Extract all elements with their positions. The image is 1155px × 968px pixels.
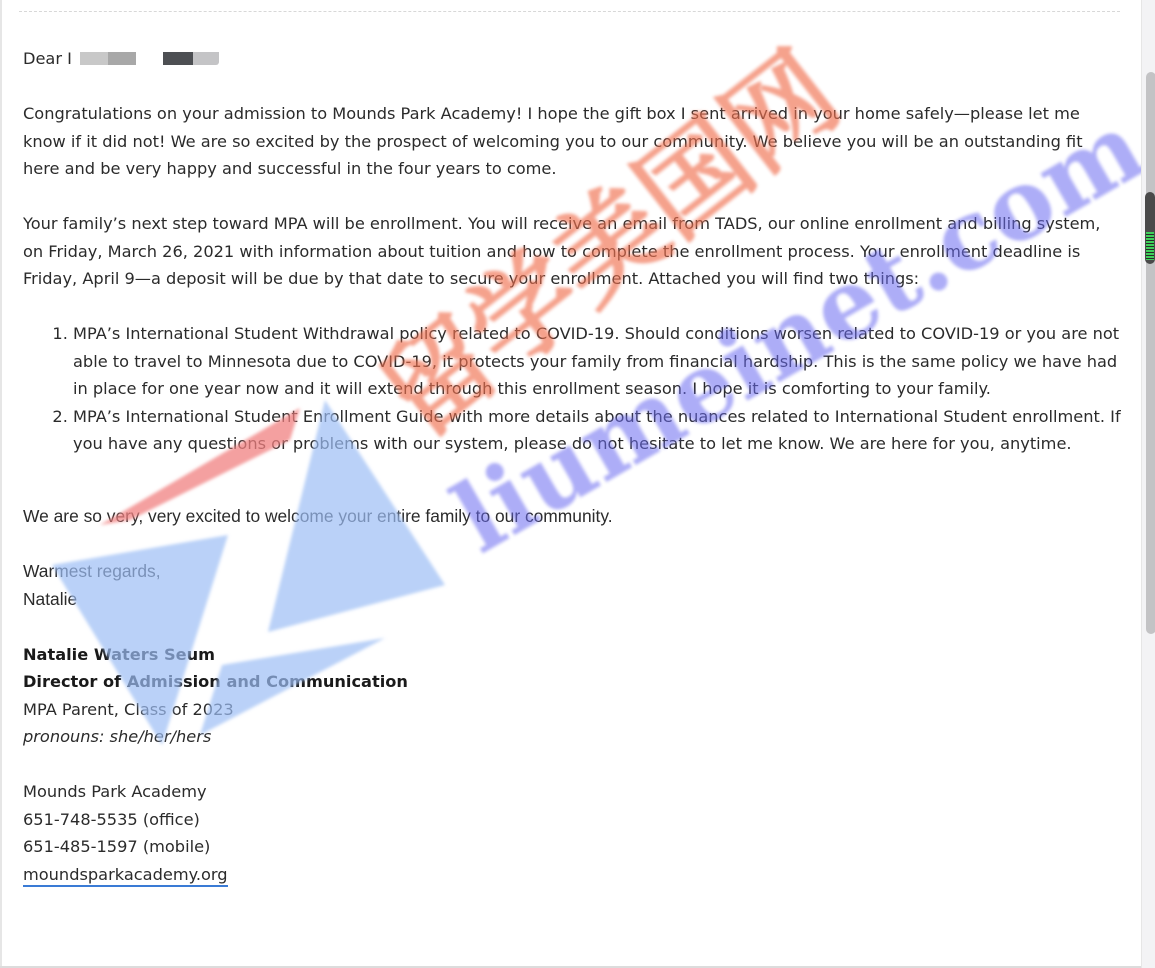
contact-block: Mounds Park Academy 651-748-5535 (office… (23, 778, 1123, 888)
phone-office: 651-748-5535 (office) (23, 806, 1123, 834)
greeting: Dear I (23, 45, 1123, 73)
greeting-text: Dear I (23, 45, 72, 73)
sign-off: Warmest regards, Natalie (23, 558, 1123, 613)
sign-off-phrase: Warmest regards, (23, 558, 1123, 586)
signature-name: Natalie Waters Seum (23, 641, 1123, 669)
paragraph-enrollment: Your family’s next step toward MPA will … (23, 210, 1123, 293)
sign-off-name: Natalie (23, 586, 1123, 614)
header-divider (19, 11, 1120, 12)
signature-block: Natalie Waters Seum Director of Admissio… (23, 641, 1123, 751)
redacted-name-block (193, 52, 219, 65)
paragraph-congratulations: Congratulations on your admission to Mou… (23, 100, 1123, 183)
vertical-scrollbar[interactable] (1141, 0, 1155, 968)
closing-paragraph: We are so very, very excited to welcome … (23, 503, 1123, 531)
scrollbar-track[interactable] (1146, 72, 1155, 634)
pane-left-border (0, 0, 2, 968)
signature-parent-note: MPA Parent, Class of 2023 (23, 696, 1123, 724)
signature-title: Director of Admission and Communication (23, 668, 1123, 696)
organization-name: Mounds Park Academy (23, 778, 1123, 806)
redacted-name-block (108, 52, 136, 65)
website-link[interactable]: moundsparkacademy.org (23, 865, 228, 887)
list-item: MPA’s International Student Enrollment G… (73, 403, 1123, 458)
signature-pronouns: pronouns: she/her/hers (23, 723, 1123, 751)
scrollbar-thumb[interactable] (1145, 192, 1155, 264)
phone-mobile: 651-485-1597 (mobile) (23, 833, 1123, 861)
redacted-name-block (80, 52, 108, 65)
redacted-name-block (163, 52, 193, 65)
email-body: Dear I Congratulations on your admission… (23, 45, 1123, 888)
attachments-list: MPA’s International Student Withdrawal p… (23, 320, 1123, 458)
scrollbar-grip-icon (1146, 232, 1154, 260)
list-item: MPA’s International Student Withdrawal p… (73, 320, 1123, 403)
